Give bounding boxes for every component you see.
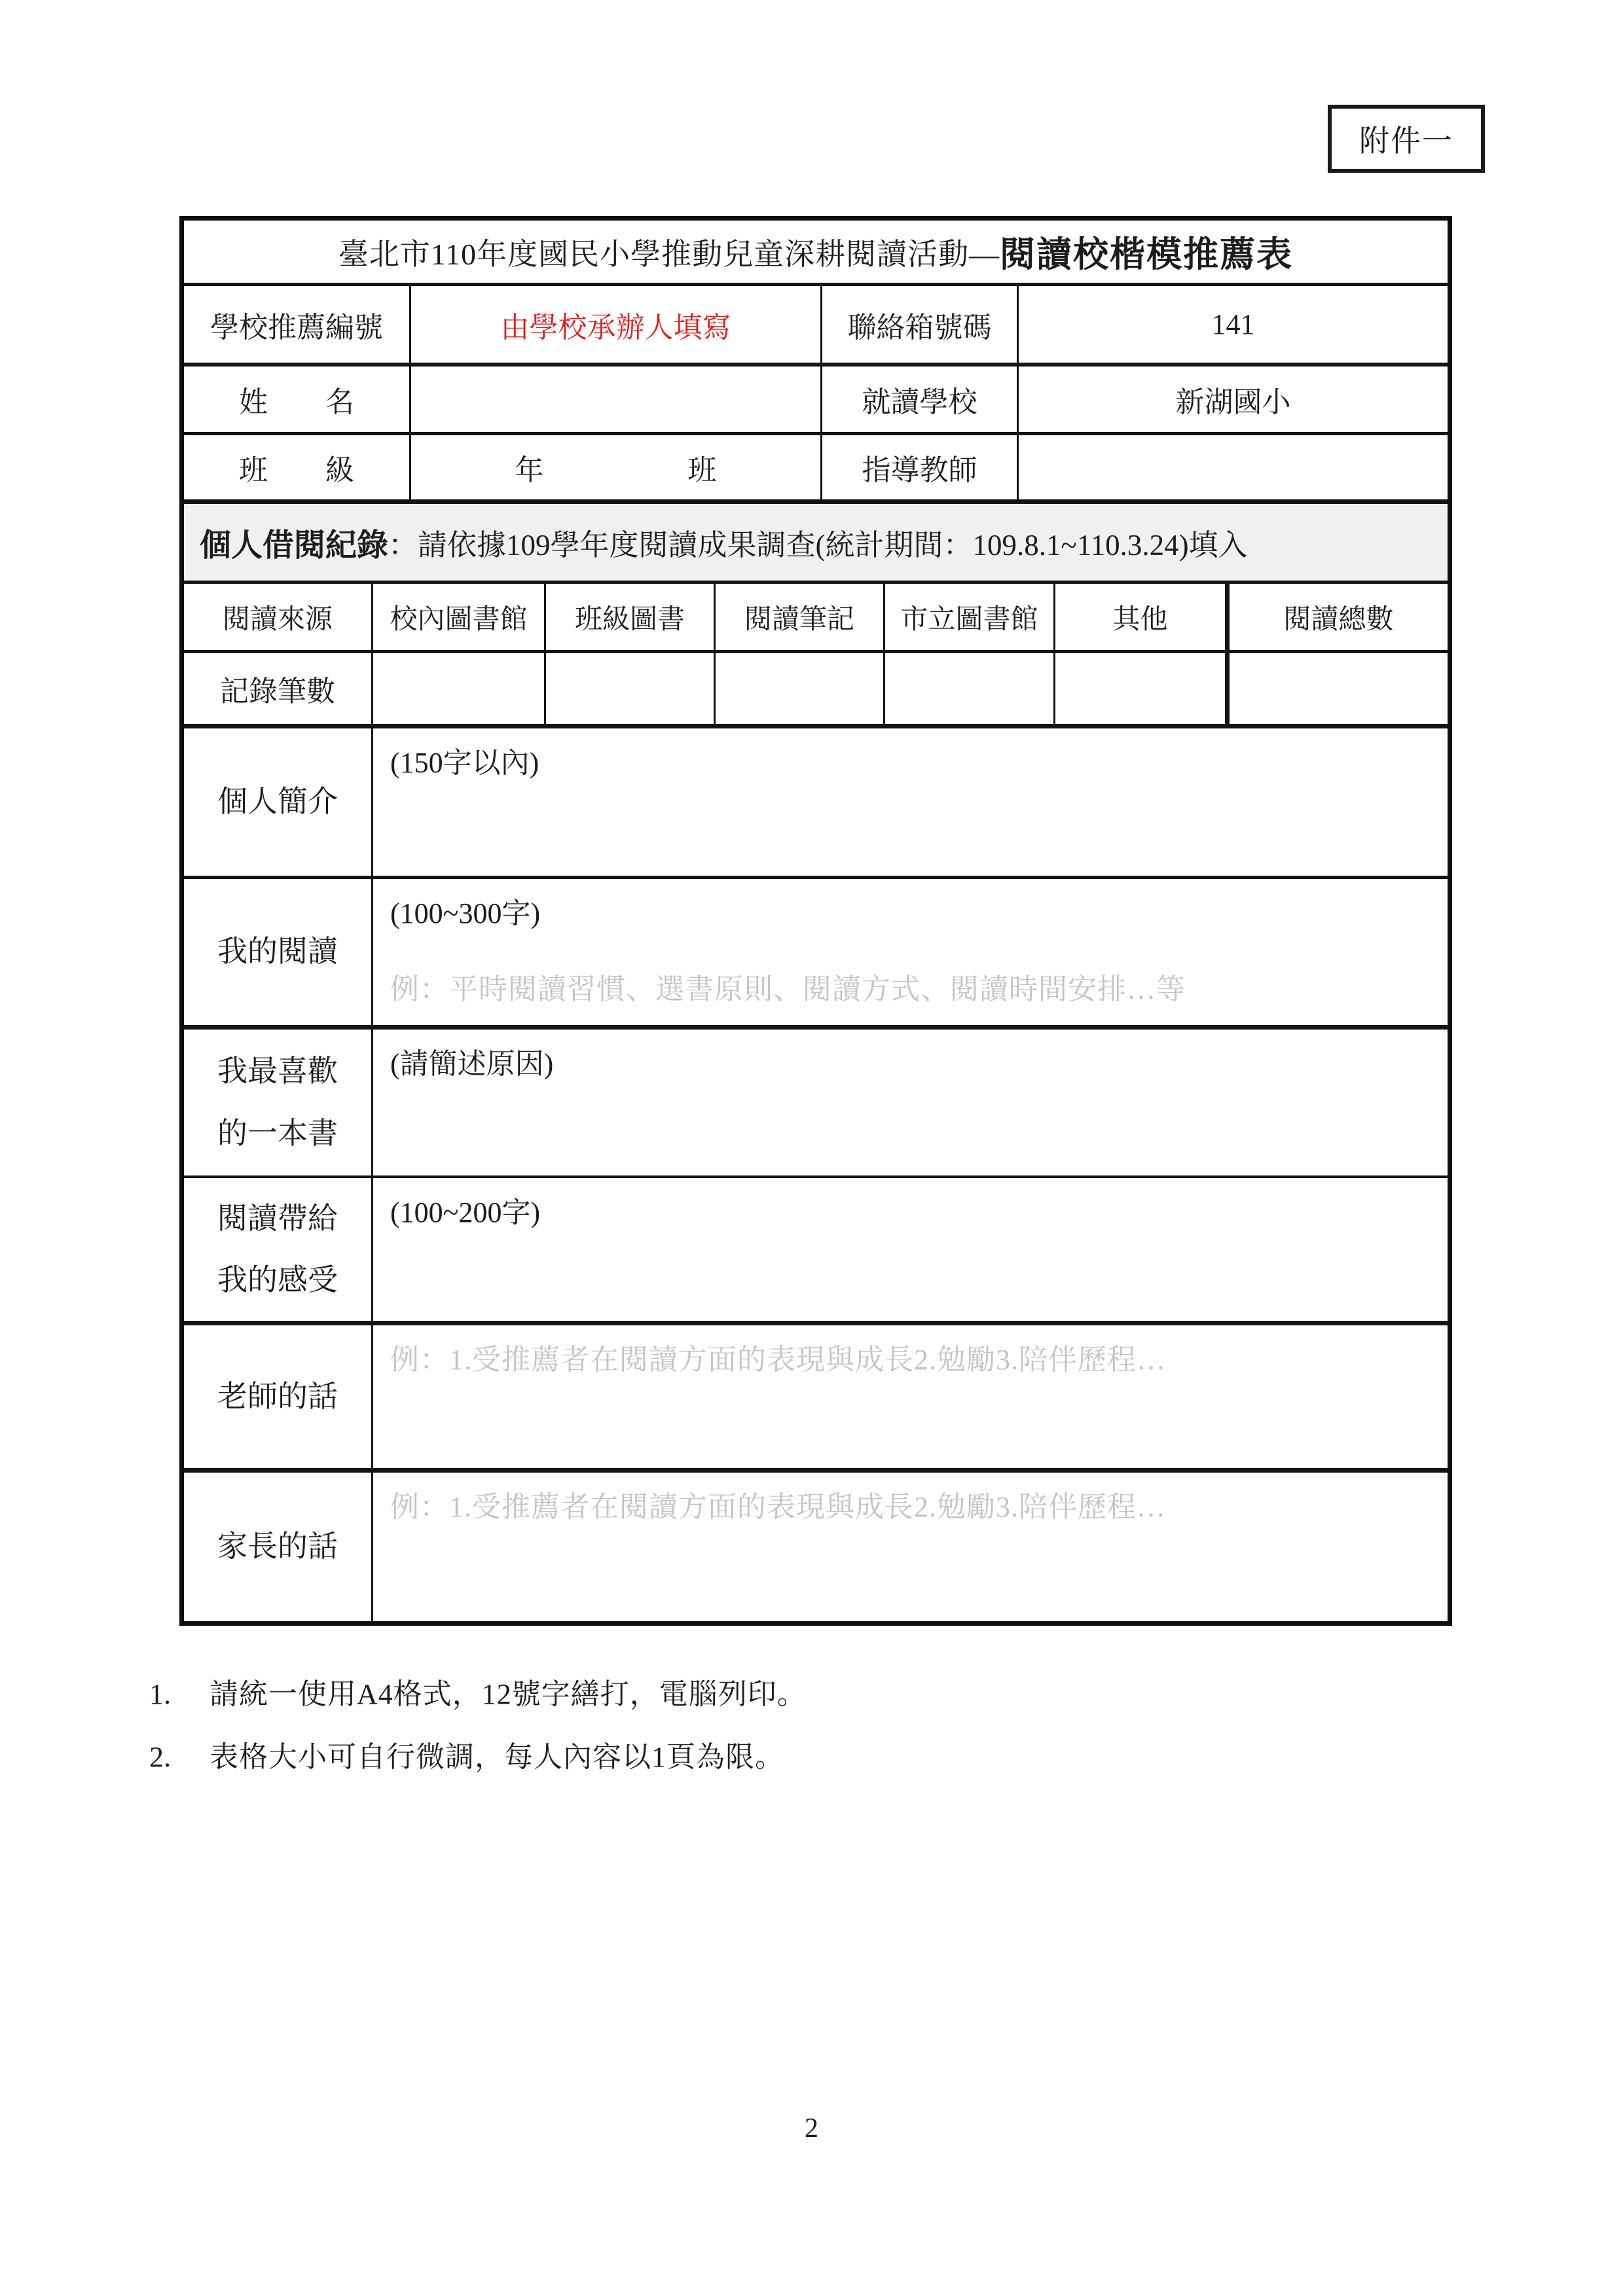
reading-feelings-label-line1: 閱讀帶給	[217, 1188, 338, 1249]
class-label: 班 級	[184, 435, 411, 499]
school-label: 就讀學校	[822, 367, 1019, 432]
school-value: 新湖國小	[1019, 367, 1448, 432]
contact-box-label: 聯絡箱號碼	[822, 286, 1019, 363]
borrow-record-heading-rest: ：請依據109學年度閱讀成果調查(統計期間：109.8.1~110.3.24)填…	[388, 521, 1248, 564]
note-1-number: 1.	[149, 1677, 210, 1711]
school-number-label: 學校推薦編號	[184, 286, 411, 363]
personal-intro-label: 個人簡介	[184, 728, 373, 876]
borrow-col-class-books: 班級圖書	[546, 584, 716, 650]
essay-row-favorite-book: 我最喜歡 的一本書 (請簡述原因)	[184, 1030, 1448, 1178]
teacher-words-content: 例：1.受推薦者在閱讀方面的表現與成長2.勉勵3.陪伴歷程…	[373, 1325, 1448, 1468]
teacher-words-label: 老師的話	[184, 1325, 373, 1468]
borrow-col-other: 其他	[1055, 584, 1230, 650]
borrow-header-row: 閱讀來源 校內圖書館 班級圖書 閱讀筆記 市立圖書館 其他 閱讀總數	[184, 584, 1448, 653]
parent-words-label: 家長的話	[184, 1473, 373, 1621]
record-value-school-library	[373, 653, 546, 724]
borrow-col-total: 閱讀總數	[1230, 584, 1448, 650]
essay-row-my-reading: 我的閱讀 (100~300字) 例：平時閱讀習慣、選書原則、閱讀方式、閱讀時間安…	[184, 879, 1448, 1030]
form-title-row: 臺北市110年度國民小學推動兒童深耕閱讀活動— 閱讀校楷模推薦表	[184, 221, 1448, 286]
record-count-label: 記錄筆數	[184, 653, 373, 724]
parent-words-content: 例：1.受推薦者在閱讀方面的表現與成長2.勉勵3.陪伴歷程…	[373, 1473, 1448, 1621]
note-1: 1. 請統一使用A4格式，12號字繕打，電腦列印。	[149, 1670, 1197, 1733]
record-value-other	[1055, 653, 1230, 724]
favorite-book-hint: (請簡述原因)	[390, 1040, 553, 1082]
info-row-school-number: 學校推薦編號 由學校承辦人填寫 聯絡箱號碼 141	[184, 286, 1448, 367]
borrow-col-school-library: 校內圖書館	[373, 584, 546, 650]
form-title-bold: 閱讀校楷模推薦表	[1000, 226, 1293, 277]
parent-words-example: 例：1.受推薦者在閱讀方面的表現與成長2.勉勵3.陪伴歷程…	[390, 1483, 1166, 1525]
my-reading-hint: (100~300字)	[390, 889, 540, 931]
teacher-value	[1019, 435, 1448, 499]
my-reading-label-line: 我的閱讀	[217, 921, 338, 982]
favorite-book-content: (請簡述原因)	[373, 1030, 1448, 1175]
personal-intro-content: (150字以內)	[373, 728, 1448, 876]
borrow-record-heading-row: 個人借閱紀錄 ：請依據109學年度閱讀成果調查(統計期間：109.8.1~110…	[184, 504, 1448, 584]
favorite-book-label-line1: 我最喜歡	[217, 1041, 338, 1102]
personal-intro-hint: (150字以內)	[390, 739, 539, 781]
borrow-col-city-library: 市立圖書館	[885, 584, 1055, 650]
essay-row-parent-words: 家長的話 例：1.受推薦者在閱讀方面的表現與成長2.勉勵3.陪伴歷程…	[184, 1473, 1448, 1621]
my-reading-example: 例：平時閱讀習慣、選書原則、閱讀方式、閱讀時間安排…等	[390, 965, 1186, 1007]
teacher-words-example: 例：1.受推薦者在閱讀方面的表現與成長2.勉勵3.陪伴歷程…	[390, 1336, 1166, 1378]
essay-row-personal-intro: 個人簡介 (150字以內)	[184, 728, 1448, 879]
favorite-book-label-line2: 的一本書	[217, 1103, 338, 1164]
borrow-record-row: 記錄筆數	[184, 653, 1448, 728]
page-number: 2	[0, 2113, 1623, 2144]
form-title-regular: 臺北市110年度國民小學推動兒童深耕閱讀活動—	[338, 230, 1000, 274]
parent-words-label-line: 家長的話	[217, 1516, 338, 1577]
borrow-record-heading-bold: 個人借閱紀錄	[200, 520, 388, 565]
record-value-total	[1230, 653, 1448, 724]
attachment-label: 附件一	[1359, 117, 1453, 160]
info-row-name: 姓 名 就讀學校 新湖國小	[184, 367, 1448, 435]
record-value-reading-notes	[716, 653, 885, 724]
essay-row-reading-feelings: 閱讀帶給 我的感受 (100~200字)	[184, 1178, 1448, 1325]
reading-feelings-content: (100~200字)	[373, 1178, 1448, 1321]
contact-box-value: 141	[1019, 286, 1448, 363]
record-value-class-books	[546, 653, 716, 724]
name-label: 姓 名	[184, 367, 411, 432]
name-value	[411, 367, 822, 432]
info-row-class: 班 級 年 班 指導教師	[184, 435, 1448, 504]
reading-feelings-hint: (100~200字)	[390, 1189, 540, 1230]
record-value-city-library	[885, 653, 1055, 724]
note-2-text: 表格大小可自行微調，每人內容以1頁為限。	[210, 1733, 784, 1775]
note-2-number: 2.	[149, 1740, 210, 1774]
teacher-words-label-line: 老師的話	[217, 1366, 338, 1427]
school-number-value: 由學校承辦人填寫	[411, 286, 822, 363]
my-reading-content: (100~300字) 例：平時閱讀習慣、選書原則、閱讀方式、閱讀時間安排…等	[373, 879, 1448, 1025]
personal-intro-label-line: 個人簡介	[217, 771, 338, 833]
recommendation-form-table: 臺北市110年度國民小學推動兒童深耕閱讀活動— 閱讀校楷模推薦表 學校推薦編號 …	[179, 216, 1452, 1626]
borrow-col-source: 閱讀來源	[184, 584, 373, 650]
reading-feelings-label-line2: 我的感受	[217, 1249, 338, 1311]
reading-feelings-label: 閱讀帶給 我的感受	[184, 1178, 373, 1321]
attachment-tag: 附件一	[1328, 105, 1485, 173]
note-1-text: 請統一使用A4格式，12號字繕打，電腦列印。	[210, 1670, 807, 1712]
favorite-book-label: 我最喜歡 的一本書	[184, 1030, 373, 1175]
borrow-col-reading-notes: 閱讀筆記	[716, 584, 885, 650]
teacher-label: 指導教師	[822, 435, 1019, 499]
essay-row-teacher-words: 老師的話 例：1.受推薦者在閱讀方面的表現與成長2.勉勵3.陪伴歷程…	[184, 1325, 1448, 1473]
instruction-notes: 1. 請統一使用A4格式，12號字繕打，電腦列印。 2. 表格大小可自行微調，每…	[149, 1670, 1197, 1796]
my-reading-label: 我的閱讀	[184, 879, 373, 1025]
class-value: 年 班	[411, 435, 822, 499]
note-2: 2. 表格大小可自行微調，每人內容以1頁為限。	[149, 1733, 1197, 1796]
